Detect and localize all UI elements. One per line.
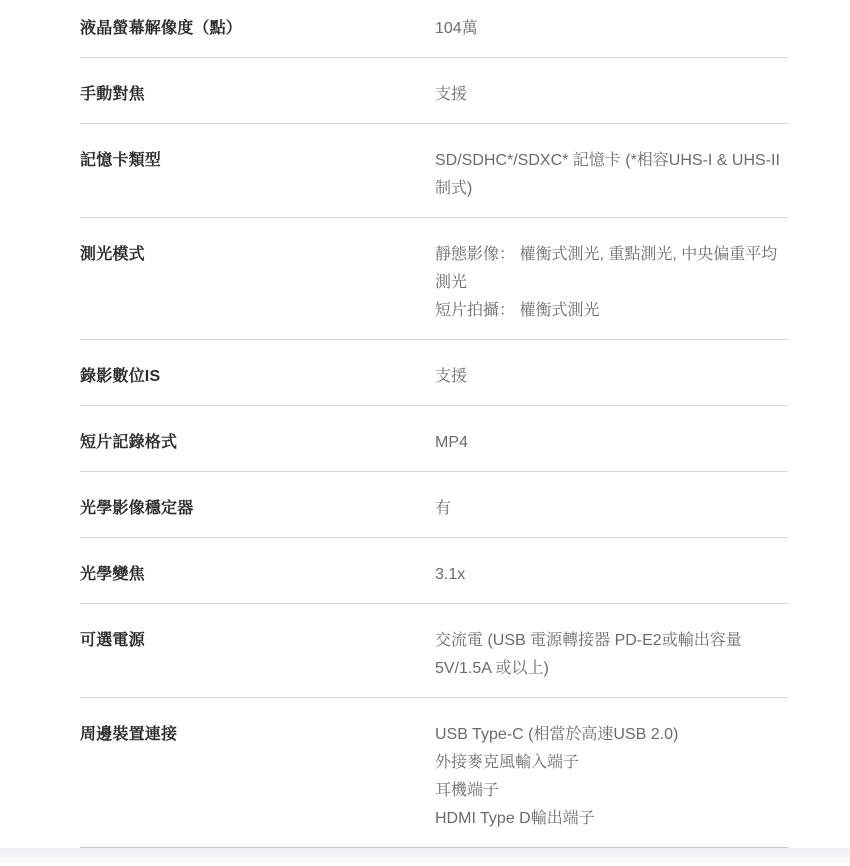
spec-value: 支援	[435, 363, 788, 391]
spec-row-peripheral-connections: 周邊裝置連接 USB Type-C (相當於高速USB 2.0) 外接麥克風輸入…	[80, 698, 788, 848]
spec-value: 靜態影像： 權衡式測光, 重點測光, 中央偏重平均 測光 短片拍攝： 權衡式測光	[435, 241, 788, 325]
spec-label: 短片記錄格式	[80, 429, 435, 457]
spec-row-memory-card-type: 記憶卡類型 SD/SDHC*/SDXC* 記憶卡 (*相容UHS-I & UHS…	[80, 124, 788, 218]
spec-label: 錄影數位IS	[80, 363, 435, 391]
spec-value: 有	[435, 495, 788, 523]
spec-value: MP4	[435, 429, 788, 457]
spec-label: 光學變焦	[80, 561, 435, 589]
spec-row-movie-digital-is: 錄影數位IS 支援	[80, 340, 788, 406]
spec-table: 液晶螢幕解像度（點） 104萬 手動對焦 支援 記憶卡類型 SD/SDHC*/S…	[80, 0, 788, 848]
spec-value: SD/SDHC*/SDXC* 記憶卡 (*相容UHS-I & UHS-II 制式…	[435, 147, 788, 203]
spec-value: 支援	[435, 81, 788, 109]
spec-row-movie-recording-format: 短片記錄格式 MP4	[80, 406, 788, 472]
spec-label: 周邊裝置連接	[80, 721, 435, 749]
spec-row-manual-focus: 手動對焦 支援	[80, 58, 788, 124]
spec-value: USB Type-C (相當於高速USB 2.0) 外接麥克風輸入端子 耳機端子…	[435, 721, 788, 833]
spec-label: 手動對焦	[80, 81, 435, 109]
spec-label: 測光模式	[80, 241, 435, 269]
spec-value: 交流電 (USB 電源轉接器 PD-E2或輸出容量 5V/1.5A 或以上)	[435, 627, 788, 683]
spec-row-optional-power: 可選電源 交流電 (USB 電源轉接器 PD-E2或輸出容量 5V/1.5A 或…	[80, 604, 788, 698]
spec-label: 液晶螢幕解像度（點）	[80, 15, 435, 43]
spec-label: 光學影像穩定器	[80, 495, 435, 523]
spec-row-optical-zoom: 光學變焦 3.1x	[80, 538, 788, 604]
spec-row-lcd-resolution: 液晶螢幕解像度（點） 104萬	[80, 0, 788, 58]
next-section-divider-strip	[0, 848, 850, 862]
spec-label: 可選電源	[80, 627, 435, 655]
spec-row-optical-image-stabilizer: 光學影像穩定器 有	[80, 472, 788, 538]
spec-value: 3.1x	[435, 561, 788, 589]
spec-value: 104萬	[435, 15, 788, 43]
spec-row-metering-mode: 測光模式 靜態影像： 權衡式測光, 重點測光, 中央偏重平均 測光 短片拍攝： …	[80, 218, 788, 340]
spec-label: 記憶卡類型	[80, 147, 435, 175]
